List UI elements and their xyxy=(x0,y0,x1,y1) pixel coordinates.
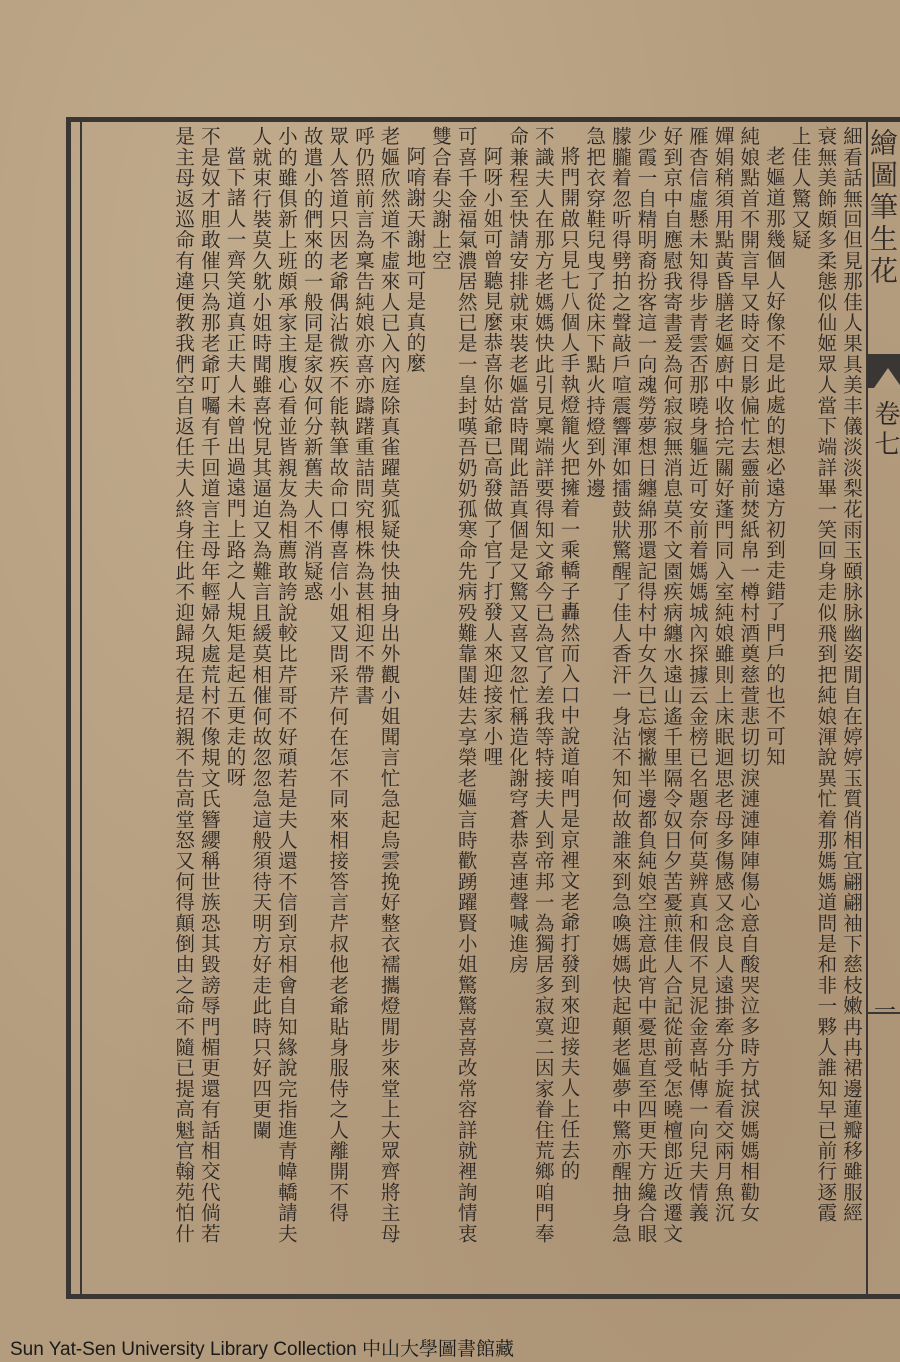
text-column: 純娘點首不開言早又時交日影偏忙去靈前焚紙帛一樽村酒奠慈萱悲切切淚漣漣陣陣傷心意自… xyxy=(736,126,762,1292)
book-title: 繪圖筆生花 xyxy=(870,128,900,288)
text-column: 可喜千金福氣濃居然已是一皇封嘆吾奶奶孤寒命先病殁難靠閨娃去享榮老嫗言時歡踴躍賢小… xyxy=(453,126,479,1292)
text-column: 不是奴才胆敢催只為那老爺叮囑有千回道言主母年輕婦久處荒村不像規文氏簪纓稱世族恐其… xyxy=(196,126,222,1292)
text-column: 人就束行裝莫久躭小姐時聞雖喜悅見其逼迫又為難言且緩莫相催何故忽忽急這般須待天明方… xyxy=(248,126,274,1292)
text-column: 老嫗欣然道不虛來人已入內庭除真雀躍莫狐疑快快抽身出外觀小姐聞言忙急起烏雲挽好整衣… xyxy=(376,126,402,1292)
text-column: 雙合春尖謝上空 xyxy=(427,126,453,1292)
text-column: 雁杳信虛懸未知得步青雲否那曉身軀近可安前着媽媽城內探據云金榜已名題奈何莫辨真和假… xyxy=(684,126,710,1292)
text-column: 命兼程至快請安排就束裝老嫗當時聞此語真個是又驚又喜又忽忙稱造化謝穹蒼恭喜連聲喊進… xyxy=(504,126,530,1292)
text-column: 小的雖俱新上班頗承家主腹心看並皆親友為相薦敢誇說較比芹哥不好頑若是夫人還不信到京… xyxy=(273,126,299,1292)
text-column: 當下諸人一齊笑道真正夫人未曾出過遠門上路之人規矩是起五更走的呀 xyxy=(222,126,248,1312)
text-columns: 細看話無回但見那佳人果具美丰儀淡淡梨花雨玉頤脉脉幽姿閒自在婷婷玉質俏相宜翩翩袖下… xyxy=(86,126,864,1292)
text-column: 細看話無回但見那佳人果具美丰儀淡淡梨花雨玉頤脉脉幽姿閒自在婷婷玉質俏相宜翩翩袖下… xyxy=(838,126,864,1292)
block-center-column: 繪圖筆生花 卷七 一 xyxy=(866,122,900,1294)
text-column: 阿唷謝天謝地可是真的麼 xyxy=(402,126,428,1312)
page-number: 一 xyxy=(874,994,896,1025)
text-column: 嬋娟稍須用點黃昏膳老嫗廚中收拾完關好蓬門同入室純娘雖則上床眠迴思老母多傷感又念良… xyxy=(710,126,736,1292)
text-column: 老嫗道那幾個人好像不是此處的想必遠方初到走錯了門戶的也不可知 xyxy=(761,126,787,1312)
text-column: 阿呀小姐可曾聽見麼恭喜你姑爺已高發做了官了打發人來迎接家小哩 xyxy=(479,126,505,1312)
text-column: 眾人答道只因老爺偶沾微疾不能執筆故命口傳喜信小姐又問采芹何在怎不同來相接答言芹叔… xyxy=(325,126,351,1292)
text-column: 呼仍照前言為稟告純娘亦喜亦躊躇重詰問究根株為甚相迎不帶書 xyxy=(350,126,376,1292)
collection-credit-zh: 中山大學圖書館藏 xyxy=(362,1338,514,1360)
collection-credit: Sun Yat-Sen University Library Collectio… xyxy=(10,1334,514,1361)
volume-label: 卷七 xyxy=(872,400,900,460)
page-number-divider xyxy=(868,1012,900,1014)
fishtail-mark-icon xyxy=(868,354,900,388)
text-column: 急把衣穿鞋兒曳了從床下點火持燈到外邊 xyxy=(581,126,607,1292)
text-column: 好到京中自應慰我寄書爰為何寂寂無消息莫不文園疾病纏水遠山遙千里隔令奴日夕苦憂煎佳… xyxy=(659,126,685,1292)
text-column: 上佳人驚又疑 xyxy=(787,126,813,1292)
text-column: 衰無美飾頗多柔態似仙姬眾人當下端詳畢一笑回身走似飛到把純娘渾說異忙着那媽媽道問是… xyxy=(813,126,839,1292)
inner-border-line xyxy=(80,122,82,1294)
text-column: 朦朧着忽听得劈拍之聲敲戶喧震響渾如擂鼓狀驚醒了佳人香汗一身沾不知何故誰來到急喚媽… xyxy=(607,126,633,1292)
text-column: 不識夫人在那方老媽媽快此引見稟端詳要得知文爺今已為官了差我等特接夫人到帝邦一為獨… xyxy=(530,126,556,1292)
text-column: 故遣小的們來的一般同是家奴何分新舊夫人不消疑惑 xyxy=(299,126,325,1292)
collection-credit-en: Sun Yat-Sen University Library Collectio… xyxy=(10,1339,357,1360)
text-column: 將門開啟只見七八個人手執燈籠火把擁着一乘轎子轟然而入口中說道咱門是京裡文老爺打發… xyxy=(556,126,582,1312)
text-column: 是主母返巡命有違便教我們空自返任夫人終身住此不迎歸現在是招親不告高堂怒又何得顛倒… xyxy=(170,126,196,1292)
text-column: 少霞一自精明裔扮客這一向魂勞夢想日纏綿那還記得村中女久已忘懷撇半邊都負純娘空注意… xyxy=(633,126,659,1292)
